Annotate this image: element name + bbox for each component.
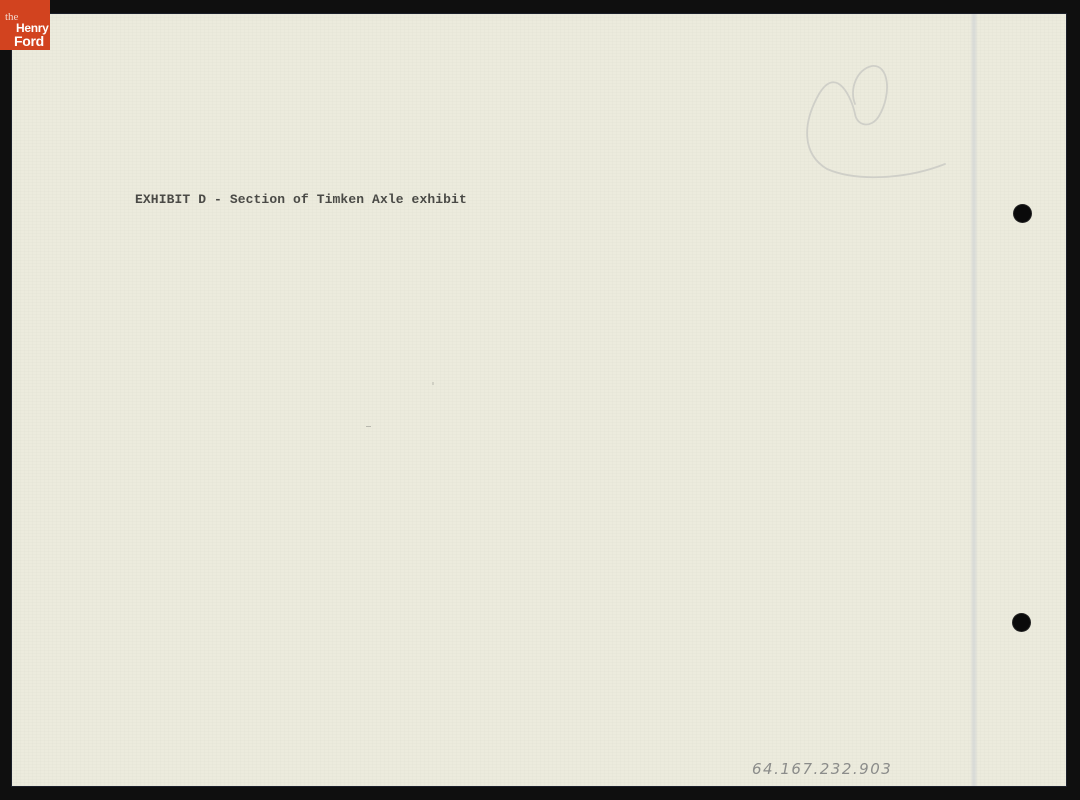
document-page	[12, 14, 1066, 786]
fold-line	[970, 14, 978, 786]
logo-text-ford: Ford	[14, 34, 44, 48]
paper-speck	[432, 382, 434, 385]
catalog-number: 64.167.232.903	[752, 760, 892, 778]
exhibit-caption: EXHIBIT D - Section of Timken Axle exhib…	[135, 192, 467, 207]
punch-hole-icon	[1014, 205, 1031, 222]
punch-hole-icon	[1013, 614, 1030, 631]
paper-speck	[366, 426, 371, 427]
pencil-mark-icon	[797, 54, 957, 189]
henry-ford-logo[interactable]: the Henry Ford	[0, 0, 50, 50]
